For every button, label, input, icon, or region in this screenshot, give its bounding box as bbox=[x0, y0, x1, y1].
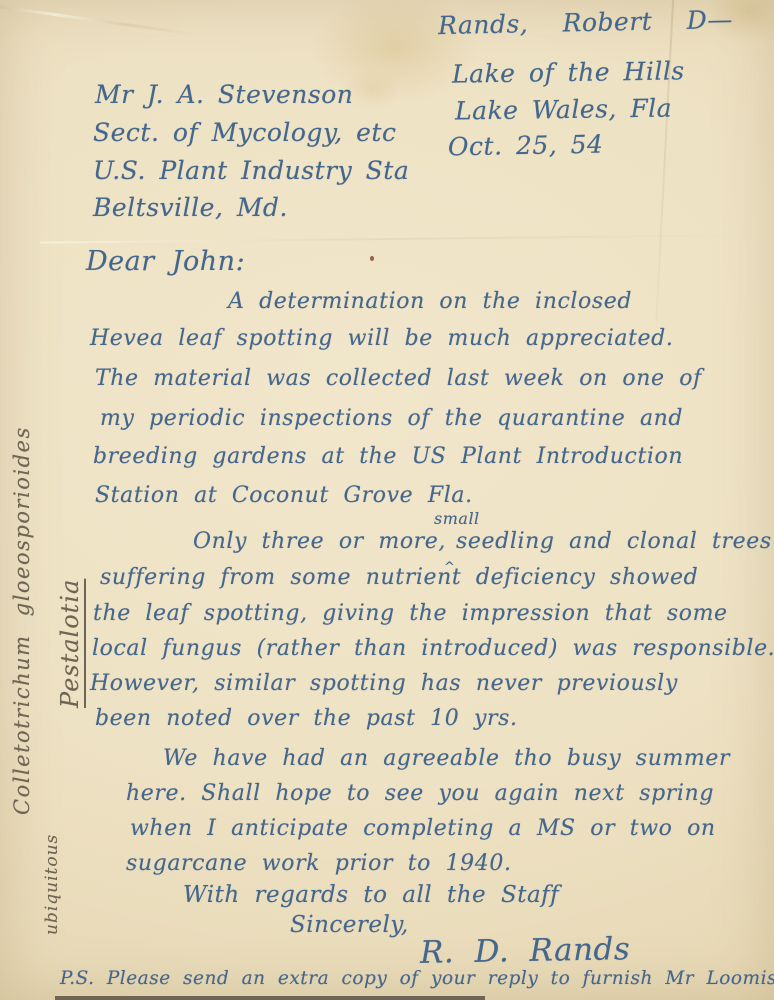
body-line: However, similar spotting has never prev… bbox=[90, 671, 678, 696]
body-line: sugarcane work prior to 1940. bbox=[126, 851, 512, 876]
body-line: the leaf spotting, giving the impression… bbox=[93, 601, 728, 626]
body-line: The material was collected last week on … bbox=[95, 366, 702, 391]
recipient-line-3: U.S. Plant Industry Sta bbox=[93, 156, 409, 185]
margin-note-ubiquitous: ubiquitous bbox=[42, 834, 62, 935]
body-line-with-insertion: Only three or more,small^seedling and cl… bbox=[193, 529, 772, 554]
return-address-line-1: Lake of the Hills bbox=[452, 56, 685, 88]
letter-page: Rands, Robert D— Lake of the Hills Lake … bbox=[0, 0, 774, 1000]
body-line: Hevea leaf spotting will be much appreci… bbox=[90, 326, 673, 351]
body-line: here. Shall hope to see you again next s… bbox=[126, 781, 714, 806]
paper-crease bbox=[655, 0, 674, 320]
closing-sincerely: Sincerely, bbox=[290, 912, 409, 938]
ink-speck bbox=[370, 256, 374, 261]
margin-note-fungus: Colletotrichum gloeosporioides bbox=[10, 426, 34, 815]
margin-note-pestalotia: Pestalotia bbox=[56, 579, 84, 708]
body-line: been noted over the past 10 yrs. bbox=[95, 706, 518, 731]
body-line: local fungus (rather than introduced) wa… bbox=[92, 636, 774, 661]
inserted-word: small bbox=[434, 509, 480, 528]
body-line: We have had an agreeable tho busy summer bbox=[163, 746, 730, 771]
body-line-segment: seedling and clonal trees bbox=[456, 529, 772, 554]
body-line: Station at Coconut Grove Fla. bbox=[95, 483, 473, 508]
return-address-line-2: Lake Wales, Fla bbox=[455, 93, 672, 125]
body-line: when I anticipate completing a MS or two… bbox=[130, 816, 716, 841]
postscript: P.S. Please send an extra copy of your r… bbox=[60, 968, 774, 989]
body-line: my periodic inspections of the quarantin… bbox=[100, 406, 683, 431]
salutation: Dear John: bbox=[86, 246, 245, 277]
body-line: breeding gardens at the US Plant Introdu… bbox=[93, 444, 683, 469]
paper-crease bbox=[40, 234, 740, 243]
body-line: suffering from some nutrient deficiency … bbox=[100, 565, 698, 590]
closing-regards: With regards to all the Staff bbox=[183, 882, 559, 908]
signature: R. D. Rands bbox=[420, 931, 631, 971]
date-line: Oct. 25, 54 bbox=[448, 130, 604, 162]
body-line: A determination on the inclosed bbox=[228, 289, 632, 314]
recipient-line-1: Mr J. A. Stevenson bbox=[95, 80, 353, 109]
recipient-line-2: Sect. of Mycology, etc bbox=[93, 118, 396, 147]
body-line-segment: Only three or more, bbox=[193, 529, 446, 554]
paper-crease bbox=[0, 3, 199, 37]
recipient-line-4: Beltsville, Md. bbox=[93, 193, 288, 222]
scan-edge-shadow bbox=[55, 996, 485, 1000]
archival-note: Rands, Robert D— bbox=[438, 5, 733, 40]
